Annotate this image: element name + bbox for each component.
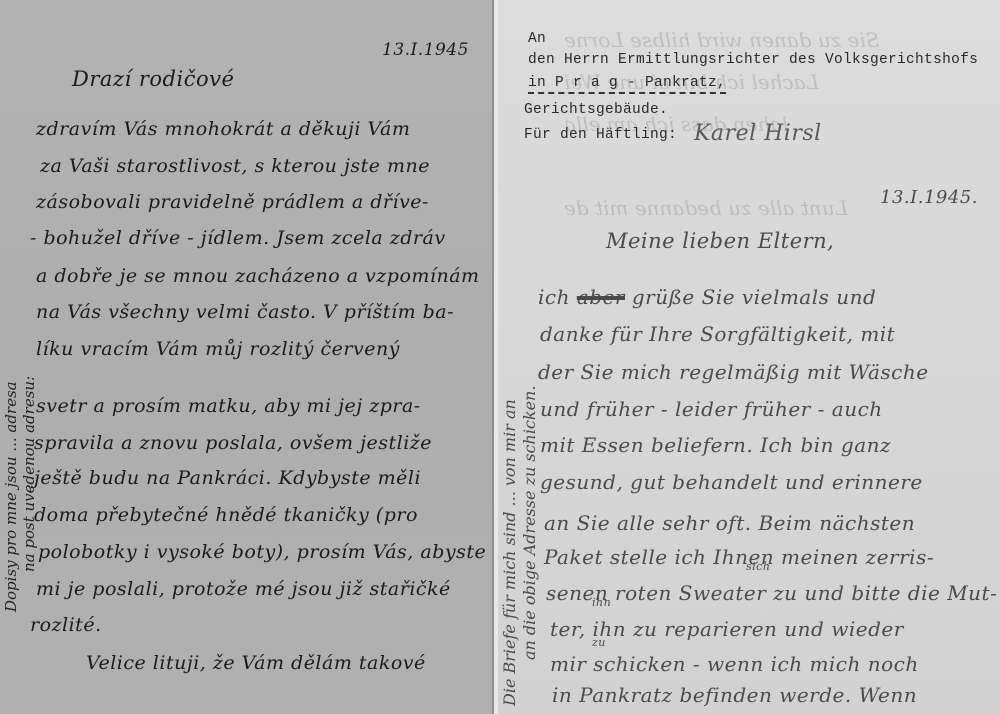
inserted-word: ihn <box>592 596 611 609</box>
letter-line: rozlité. <box>30 614 102 636</box>
margin-note-inner: an die obige Adresse zu schicken. <box>520 386 539 660</box>
letter-salutation: Meine lieben Eltern, <box>606 229 834 253</box>
letter-line: senen roten Sweater zu und bitte die Mut… <box>546 581 997 605</box>
prisoner-name: Karel Hirsl <box>694 121 822 146</box>
letter-line: zásobovali pravidelně prádlem a dříve- <box>36 191 429 213</box>
letter-line: in Pankratz befinden werde. Wenn <box>552 683 917 707</box>
margin-note-outer: Die Briefe für mich sind ... von mir an <box>500 399 519 706</box>
letter-line: - bohužel dříve - jídlem. Jsem zcela zdr… <box>30 227 446 249</box>
letter-line: ich aber grüße Sie vielmals und <box>538 285 876 309</box>
margin-note-outer: Dopisy pro mne jsou ... adresa <box>2 381 20 612</box>
letter-closing-line: Velice lituji, že Vám dělám takové <box>86 652 426 674</box>
letter-line: der Sie mich regelmäßig mit Wäsche <box>538 360 929 384</box>
letter-line: danke für Ihre Sorgfältigkeit, mit <box>540 322 895 346</box>
typed-address-line: den Herrn Ermittlungsrichter des Volksge… <box>528 52 978 68</box>
letter-line: und früher - leider früher - auch <box>540 397 883 421</box>
inserted-word: sich <box>746 560 770 573</box>
letter-salutation: Drazí rodičové <box>72 67 234 91</box>
german-letter-page: Sie zu danen wird hilbse Lorne Lachel ic… <box>494 0 1000 714</box>
letter-line: mi je poslali, protože mé jsou již staři… <box>36 578 451 600</box>
letter-line: spravila a znovu poslala, ovšem jestliže <box>34 432 432 454</box>
letter-line: a dobře je se mnou zacházeno a vzpomínám <box>36 265 480 287</box>
letter-line: ještě budu na Pankráci. Kdybyste měli <box>34 467 421 489</box>
letter-date: 13.I.1945. <box>880 187 978 208</box>
letter-line: mir schicken - wenn ich mich noch <box>550 652 919 676</box>
letter-line: svetr a prosím matku, aby mi jej zpra- <box>36 395 421 417</box>
letter-line: an Sie alle sehr oft. Beim nächsten <box>544 511 915 535</box>
margin-note-inner: na post uvedenou adresu: <box>20 376 38 572</box>
letter-date: 13.I.1945 <box>382 40 469 60</box>
czech-letter-page: 13.I.1945 Drazí rodičové zdravím Vás mno… <box>0 0 494 714</box>
letter-line: líku vracím Vám můj rozlitý červený <box>36 338 400 360</box>
letter-line: Paket stelle ich Ihnen meinen zerris- <box>544 545 934 569</box>
bleed-through-text: Sie zu danen wird hilbse Lorne <box>564 28 880 52</box>
letter-line: doma přebytečné hnědé tkaničky (pro <box>34 504 418 526</box>
letter-line: za Vaši starostlivost, s kterou jste mne <box>40 155 430 177</box>
typed-address-city: in P r a g - Pankratz, <box>528 75 726 94</box>
typed-address-line: An <box>528 31 546 47</box>
bleed-through-text: Lunt alle zu bedanne mit de <box>564 196 848 220</box>
letter-line: gesund, gut behandelt und erinnere <box>540 470 923 494</box>
struck-word: aber <box>577 285 625 309</box>
typed-address-line: Gerichtsgebäude. <box>524 102 668 118</box>
letter-line: polobotky i vysoké boty), prosím Vás, ab… <box>38 541 486 563</box>
letter-line: na Vás všechny velmi často. V příštím ba… <box>36 301 454 323</box>
letter-line: zdravím Vás mnohokrát a děkuji Vám <box>36 118 410 140</box>
inserted-word: zu <box>592 636 606 649</box>
typed-prisoner-label: Für den Häftling: <box>524 127 677 143</box>
letter-line: mit Essen beliefern. Ich bin ganz <box>540 433 891 457</box>
